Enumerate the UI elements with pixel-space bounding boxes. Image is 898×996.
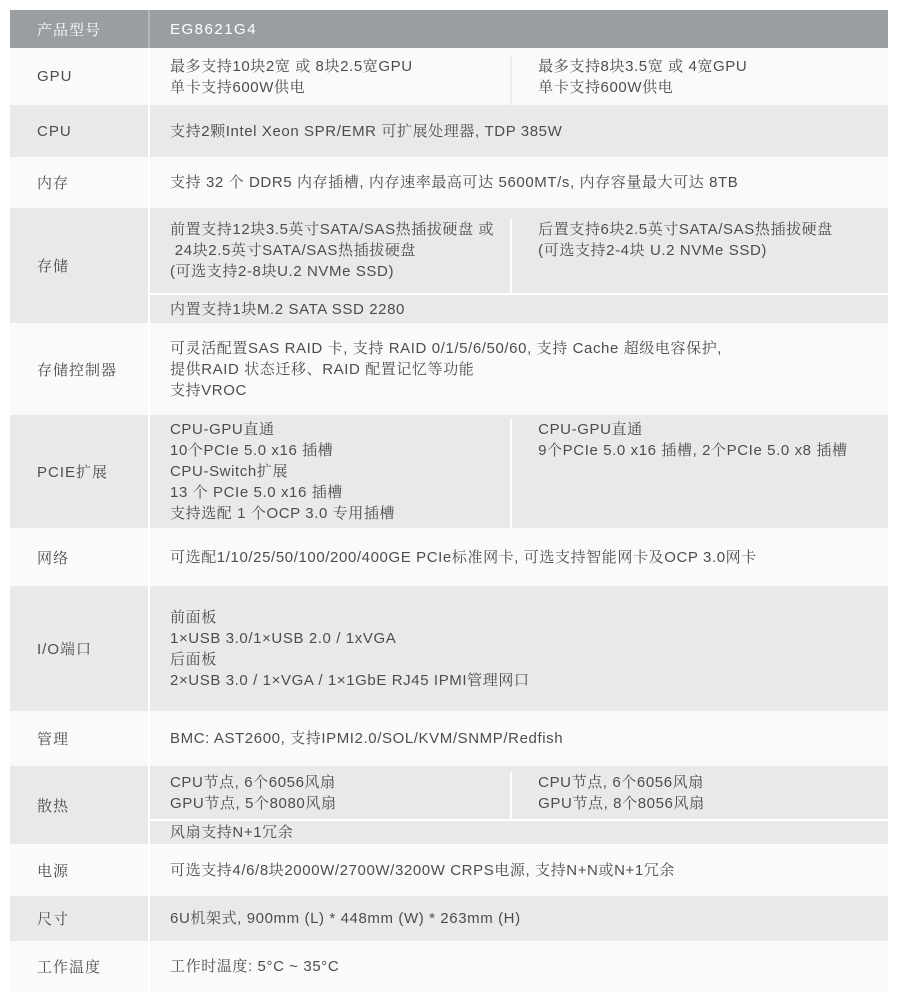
spec-col-left: CPU-GPU直通10个PCIe 5.0 x16 插槽CPU-Switch扩展1…: [150, 419, 510, 524]
spec-block: 可选支持4/6/8块2000W/2700W/3200W CRPS电源, 支持N+…: [150, 844, 888, 896]
spec-rows: GPU最多支持10块2宽 或 8块2.5宽GPU单卡支持600W供电最多支持8块…: [10, 48, 888, 992]
row-label: CPU: [10, 105, 150, 157]
row-label: 管理: [10, 711, 150, 766]
spec-line: CPU节点, 6个6056风扇: [538, 772, 888, 793]
spec-line: 6U机架式, 900mm (L) * 448mm (W) * 263mm (H): [170, 908, 876, 929]
spec-line: 最多支持10块2宽 或 8块2.5宽GPU: [170, 56, 510, 77]
spec-line: 可选配1/10/25/50/100/200/400GE PCIe标准网卡, 可选…: [170, 547, 876, 568]
row-label: 存储控制器: [10, 323, 150, 415]
spec-line: BMC: AST2600, 支持IPMI2.0/SOL/KVM/SNMP/Red…: [170, 728, 876, 749]
row-label: 尺寸: [10, 896, 150, 941]
spec-col-right: CPU节点, 6个6056风扇GPU节点, 8个8056风扇: [510, 772, 888, 820]
spec-line: 后面板: [170, 649, 876, 670]
spec-block-columns: CPU-GPU直通10个PCIe 5.0 x16 插槽CPU-Switch扩展1…: [150, 415, 888, 528]
spec-col-left: 前置支持12块3.5英寸SATA/SAS热插拔硬盘 或 24块2.5英寸SATA…: [150, 219, 510, 282]
spec-line: 2×USB 3.0 / 1×VGA / 1×1GbE RJ45 IPMI管理网口: [170, 670, 876, 691]
spec-line: 前置支持12块3.5英寸SATA/SAS热插拔硬盘 或: [170, 219, 510, 240]
spec-col-right: 最多支持8块3.5宽 或 4宽GPU单卡支持600W供电: [510, 56, 888, 106]
spec-line: 可灵活配置SAS RAID 卡, 支持 RAID 0/1/5/6/50/60, …: [170, 338, 876, 359]
row-content: BMC: AST2600, 支持IPMI2.0/SOL/KVM/SNMP/Red…: [150, 711, 888, 766]
spec-row-management: 管理BMC: AST2600, 支持IPMI2.0/SOL/KVM/SNMP/R…: [10, 711, 888, 766]
header-product-model-label: 产品型号: [10, 10, 150, 48]
spec-line: 可选支持4/6/8块2000W/2700W/3200W CRPS电源, 支持N+…: [170, 860, 876, 881]
row-content: 可选支持4/6/8块2000W/2700W/3200W CRPS电源, 支持N+…: [150, 844, 888, 896]
spec-line: 9个PCIe 5.0 x16 插槽, 2个PCIe 5.0 x8 插槽: [538, 440, 888, 461]
row-content: 工作时温度: 5°C ~ 35°C: [150, 941, 888, 992]
spec-line: 支持 32 个 DDR5 内存插槽, 内存速率最高可达 5600MT/s, 内存…: [170, 172, 876, 193]
spec-block-columns: CPU节点, 6个6056风扇GPU节点, 5个8080风扇CPU节点, 6个6…: [150, 766, 888, 819]
spec-col-left: 最多支持10块2宽 或 8块2.5宽GPU单卡支持600W供电: [150, 56, 510, 98]
spec-line: 支持选配 1 个OCP 3.0 专用插槽: [170, 503, 510, 524]
spec-row-io: I/O端口前面板1×USB 3.0/1×USB 2.0 / 1xVGA后面板2×…: [10, 586, 888, 711]
row-content: 6U机架式, 900mm (L) * 448mm (W) * 263mm (H): [150, 896, 888, 941]
spec-block: 可选配1/10/25/50/100/200/400GE PCIe标准网卡, 可选…: [150, 528, 888, 586]
row-content: CPU节点, 6个6056风扇GPU节点, 5个8080风扇CPU节点, 6个6…: [150, 766, 888, 844]
spec-line: 工作时温度: 5°C ~ 35°C: [170, 956, 876, 977]
row-content: 可选配1/10/25/50/100/200/400GE PCIe标准网卡, 可选…: [150, 528, 888, 586]
spec-line: CPU-GPU直通: [538, 419, 888, 440]
row-label: I/O端口: [10, 586, 150, 711]
spec-block: 可灵活配置SAS RAID 卡, 支持 RAID 0/1/5/6/50/60, …: [150, 323, 888, 415]
row-label: 存储: [10, 208, 150, 323]
spec-line: (可选支持2-8块U.2 NVMe SSD): [170, 261, 510, 282]
row-content: CPU-GPU直通10个PCIe 5.0 x16 插槽CPU-Switch扩展1…: [150, 415, 888, 528]
row-label: 内存: [10, 157, 150, 208]
spec-line: 10个PCIe 5.0 x16 插槽: [170, 440, 510, 461]
spec-col-right: 后置支持6块2.5英寸SATA/SAS热插拔硬盘(可选支持2-4块 U.2 NV…: [510, 219, 888, 293]
spec-line: 支持VROC: [170, 380, 876, 401]
spec-row-gpu: GPU最多支持10块2宽 或 8块2.5宽GPU单卡支持600W供电最多支持8块…: [10, 48, 888, 105]
row-content: 前面板1×USB 3.0/1×USB 2.0 / 1xVGA后面板2×USB 3…: [150, 586, 888, 711]
spec-line: CPU节点, 6个6056风扇: [170, 772, 510, 793]
row-content: 前置支持12块3.5英寸SATA/SAS热插拔硬盘 或 24块2.5英寸SATA…: [150, 208, 888, 323]
spec-col-left: CPU节点, 6个6056风扇GPU节点, 5个8080风扇: [150, 772, 510, 814]
spec-line: 风扇支持N+1冗余: [170, 822, 876, 843]
spec-line: 提供RAID 状态迁移、RAID 配置记忆等功能: [170, 359, 876, 380]
row-label: 网络: [10, 528, 150, 586]
row-content: 可灵活配置SAS RAID 卡, 支持 RAID 0/1/5/6/50/60, …: [150, 323, 888, 415]
spec-row-pcie: PCIE扩展CPU-GPU直通10个PCIe 5.0 x16 插槽CPU-Swi…: [10, 415, 888, 528]
row-label: PCIE扩展: [10, 415, 150, 528]
spec-block: 前面板1×USB 3.0/1×USB 2.0 / 1xVGA后面板2×USB 3…: [150, 586, 888, 711]
spec-line: 支持2颗Intel Xeon SPR/EMR 可扩展处理器, TDP 385W: [170, 121, 876, 142]
spec-row-power: 电源可选支持4/6/8块2000W/2700W/3200W CRPS电源, 支持…: [10, 844, 888, 896]
row-content: 最多支持10块2宽 或 8块2.5宽GPU单卡支持600W供电最多支持8块3.5…: [150, 48, 888, 105]
spec-col-right: CPU-GPU直通9个PCIe 5.0 x16 插槽, 2个PCIe 5.0 x…: [510, 419, 888, 528]
product-model-value: EG8621G4: [150, 10, 257, 48]
spec-row-storage-controller: 存储控制器可灵活配置SAS RAID 卡, 支持 RAID 0/1/5/6/50…: [10, 323, 888, 415]
spec-line: 内置支持1块M.2 SATA SSD 2280: [170, 299, 876, 320]
spec-subrow: 风扇支持N+1冗余: [150, 819, 888, 844]
row-content: 支持 32 个 DDR5 内存插槽, 内存速率最高可达 5600MT/s, 内存…: [150, 157, 888, 208]
spec-line: CPU-GPU直通: [170, 419, 510, 440]
spec-line: GPU节点, 8个8056风扇: [538, 793, 888, 814]
spec-line: 最多支持8块3.5宽 或 4宽GPU: [538, 56, 888, 77]
spec-block: 支持2颗Intel Xeon SPR/EMR 可扩展处理器, TDP 385W: [150, 105, 888, 157]
row-label: GPU: [10, 48, 150, 105]
spec-line: 24块2.5英寸SATA/SAS热插拔硬盘: [170, 240, 510, 261]
row-label: 电源: [10, 844, 150, 896]
spec-row-storage: 存储前置支持12块3.5英寸SATA/SAS热插拔硬盘 或 24块2.5英寸SA…: [10, 208, 888, 323]
spec-line: (可选支持2-4块 U.2 NVMe SSD): [538, 240, 888, 261]
spec-line: CPU-Switch扩展: [170, 461, 510, 482]
spec-line: 前面板: [170, 607, 876, 628]
spec-line: 1×USB 3.0/1×USB 2.0 / 1xVGA: [170, 628, 876, 649]
spec-line: 后置支持6块2.5英寸SATA/SAS热插拔硬盘: [538, 219, 888, 240]
spec-subrow: 内置支持1块M.2 SATA SSD 2280: [150, 293, 888, 323]
spec-sheet-page: 产品型号 EG8621G4 GPU最多支持10块2宽 或 8块2.5宽GPU单卡…: [0, 0, 898, 996]
spec-block: 6U机架式, 900mm (L) * 448mm (W) * 263mm (H): [150, 896, 888, 941]
row-label: 工作温度: [10, 941, 150, 992]
row-content: 支持2颗Intel Xeon SPR/EMR 可扩展处理器, TDP 385W: [150, 105, 888, 157]
spec-line: 13 个 PCIe 5.0 x16 插槽: [170, 482, 510, 503]
spec-line: 单卡支持600W供电: [170, 77, 510, 98]
spec-row-memory: 内存支持 32 个 DDR5 内存插槽, 内存速率最高可达 5600MT/s, …: [10, 157, 888, 208]
spec-line: 单卡支持600W供电: [538, 77, 888, 98]
spec-row-cpu: CPU支持2颗Intel Xeon SPR/EMR 可扩展处理器, TDP 38…: [10, 105, 888, 157]
spec-block: 工作时温度: 5°C ~ 35°C: [150, 941, 888, 992]
spec-block-columns: 前置支持12块3.5英寸SATA/SAS热插拔硬盘 或 24块2.5英寸SATA…: [150, 208, 888, 293]
spec-block-columns: 最多支持10块2宽 或 8块2.5宽GPU单卡支持600W供电最多支持8块3.5…: [150, 48, 888, 105]
row-label: 散热: [10, 766, 150, 844]
spec-row-cooling: 散热CPU节点, 6个6056风扇GPU节点, 5个8080风扇CPU节点, 6…: [10, 766, 888, 844]
spec-row-network: 网络可选配1/10/25/50/100/200/400GE PCIe标准网卡, …: [10, 528, 888, 586]
spec-block: BMC: AST2600, 支持IPMI2.0/SOL/KVM/SNMP/Red…: [150, 711, 888, 766]
spec-line: GPU节点, 5个8080风扇: [170, 793, 510, 814]
spec-row-dimensions: 尺寸6U机架式, 900mm (L) * 448mm (W) * 263mm (…: [10, 896, 888, 941]
spec-row-temperature: 工作温度工作时温度: 5°C ~ 35°C: [10, 941, 888, 992]
table-header: 产品型号 EG8621G4: [10, 10, 888, 48]
spec-table: 产品型号 EG8621G4 GPU最多支持10块2宽 或 8块2.5宽GPU单卡…: [10, 10, 888, 992]
spec-block: 支持 32 个 DDR5 内存插槽, 内存速率最高可达 5600MT/s, 内存…: [150, 157, 888, 208]
